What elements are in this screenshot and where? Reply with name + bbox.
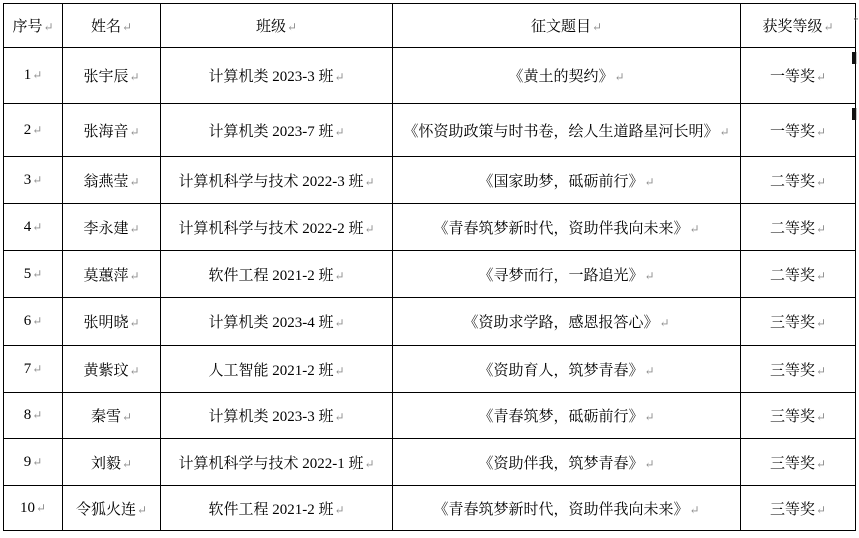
cell-text: 张明晓 — [83, 315, 128, 331]
cell-award[interactable]: 三等奖↵ — [741, 486, 856, 531]
cell-text: 4 — [24, 219, 32, 235]
cell-title[interactable]: 《青春筑梦新时代，资助伴我向未来》↵ — [393, 204, 741, 251]
cell-text: 一等奖 — [770, 69, 815, 85]
paragraph-mark: ↵ — [334, 410, 344, 424]
cell-no[interactable]: 10↵ — [4, 486, 63, 531]
cell-award[interactable]: 一等奖↵ — [741, 104, 856, 157]
cell-text: 三等奖 — [770, 456, 815, 472]
table-row: 3↵翁燕莹↵计算机科学与技术 2022-3 班↵《国家助梦，砥砺前行》↵二等奖↵ — [4, 157, 856, 204]
cell-text: 三等奖 — [770, 363, 815, 379]
cell-name[interactable]: 刘毅↵ — [63, 439, 161, 486]
cell-no[interactable]: 7↵ — [4, 346, 63, 393]
cell-class[interactable]: 计算机类 2023-3 班↵ — [161, 48, 393, 104]
table-row: 1↵张宇辰↵计算机类 2023-3 班↵《黄土的契约》↵一等奖↵ — [4, 48, 856, 104]
cell-award[interactable]: 三等奖↵ — [741, 393, 856, 439]
paragraph-mark: ↵ — [816, 175, 826, 189]
paragraph-mark: ↵ — [129, 175, 139, 189]
cell-text: 6 — [24, 313, 32, 329]
paragraph-mark: ↵ — [32, 173, 42, 187]
paragraph-mark: ↵ — [32, 68, 42, 82]
cell-name[interactable]: 张明晓↵ — [63, 298, 161, 346]
cell-text: 李永建 — [83, 221, 128, 237]
cell-text: 《青春筑梦，砥砺前行》 — [478, 409, 643, 425]
cell-text: 计算机科学与技术 2022-3 班 — [178, 174, 363, 190]
table-row: 4↵李永建↵计算机科学与技术 2022-2 班↵《青春筑梦新时代，资助伴我向未来… — [4, 204, 856, 251]
cell-name[interactable]: 秦雪↵ — [63, 393, 161, 439]
cell-text: 9 — [24, 454, 32, 470]
paragraph-mark: ↵ — [32, 123, 42, 137]
cell-text: 计算机类 2023-4 班 — [208, 315, 333, 331]
paragraph-mark: ↵ — [32, 220, 42, 234]
table-row: 2↵张海音↵计算机类 2023-7 班↵《怀资助政策与时书卷，绘人生道路星河长明… — [4, 104, 856, 157]
cell-text: 人工智能 2021-2 班 — [208, 363, 333, 379]
paragraph-mark: ↵ — [129, 364, 139, 378]
header-label: 征文题目 — [531, 19, 591, 35]
header-class: 班级↵ — [161, 4, 393, 48]
cell-name[interactable]: 令狐火连↵ — [63, 486, 161, 531]
paragraph-mark: ↵ — [129, 125, 139, 139]
paragraph-mark: ↵ — [334, 364, 344, 378]
paragraph-mark: ↵ — [32, 314, 42, 328]
paragraph-mark: ↵ — [334, 503, 344, 517]
paragraph-mark: ↵ — [334, 70, 344, 84]
cell-award[interactable]: 二等奖↵ — [741, 204, 856, 251]
paragraph-mark: ↵ — [43, 20, 53, 34]
document-page: 序号↵姓名↵班级↵征文题目↵获奖等级↵ 1↵张宇辰↵计算机类 2023-3 班↵… — [0, 0, 859, 538]
cell-text: 5 — [24, 266, 32, 282]
paragraph-mark: ↵ — [364, 175, 374, 189]
award-table: 序号↵姓名↵班级↵征文题目↵获奖等级↵ 1↵张宇辰↵计算机类 2023-3 班↵… — [3, 3, 856, 531]
paragraph-mark: ↵ — [334, 316, 344, 330]
cell-text: 三等奖 — [770, 315, 815, 331]
paragraph-mark: ↵ — [129, 316, 139, 330]
cell-text: 《黄土的契约》 — [508, 69, 613, 85]
table-row: 7↵黄紫玟↵人工智能 2021-2 班↵《资助育人，筑梦青春》↵三等奖↵ — [4, 346, 856, 393]
cell-text: 7 — [24, 361, 32, 377]
paragraph-mark: ↵ — [816, 364, 826, 378]
paragraph-mark: ↵ — [122, 20, 132, 34]
cell-title[interactable]: 《资助求学路，感恩报答心》↵ — [393, 298, 741, 346]
paragraph-mark: ↵ — [32, 362, 42, 376]
cell-class[interactable]: 计算机科学与技术 2022-3 班↵ — [161, 157, 393, 204]
cell-no[interactable]: 6↵ — [4, 298, 63, 346]
end-of-row-mark: ▌ — [852, 52, 858, 64]
cell-no[interactable]: 4↵ — [4, 204, 63, 251]
header-label: 获奖等级 — [762, 19, 822, 35]
cell-text: 二等奖 — [770, 174, 815, 190]
cell-name[interactable]: 翁燕莹↵ — [63, 157, 161, 204]
cell-text: 2 — [24, 122, 32, 138]
cell-text: 计算机科学与技术 2022-2 班 — [178, 221, 363, 237]
paragraph-mark: ↵ — [364, 457, 374, 471]
table-header-row: 序号↵姓名↵班级↵征文题目↵获奖等级↵ — [4, 4, 856, 48]
table-body: 1↵张宇辰↵计算机类 2023-3 班↵《黄土的契约》↵一等奖↵2↵张海音↵计算… — [4, 48, 856, 531]
table-row: 6↵张明晓↵计算机类 2023-4 班↵《资助求学路，感恩报答心》↵三等奖↵ — [4, 298, 856, 346]
cell-no[interactable]: 9↵ — [4, 439, 63, 486]
cell-text: 一等奖 — [770, 124, 815, 140]
cell-text: 计算机科学与技术 2022-1 班 — [178, 456, 363, 472]
cell-text: 莫蕙萍 — [83, 268, 128, 284]
cell-award[interactable]: 三等奖↵ — [741, 439, 856, 486]
cell-text: 3 — [24, 172, 32, 188]
paragraph-mark: ↵ — [364, 222, 374, 236]
paragraph-mark: ↵ — [129, 269, 139, 283]
cell-title[interactable]: 《怀资助政策与时书卷，绘人生道路星河长明》↵ — [393, 104, 741, 157]
cell-text: 软件工程 2021-2 班 — [208, 268, 333, 284]
paragraph-mark: ↵ — [122, 457, 132, 471]
paragraph-mark: ↵ — [32, 267, 42, 281]
cell-award[interactable]: 一等奖↵ — [741, 48, 856, 104]
paragraph-mark: ↵ — [644, 457, 654, 471]
cell-no[interactable]: 8↵ — [4, 393, 63, 439]
cell-text: 《资助求学路，感恩报答心》 — [463, 315, 658, 331]
cell-name[interactable]: 张宇辰↵ — [63, 48, 161, 104]
cell-text: 《青春筑梦新时代，资助伴我向未来》 — [433, 502, 688, 518]
paragraph-mark: ↵ — [816, 125, 826, 139]
cell-text: 1 — [24, 67, 32, 83]
paragraph-mark: ↵ — [816, 269, 826, 283]
cell-name[interactable]: 黄紫玟↵ — [63, 346, 161, 393]
cell-text: 令狐火连 — [76, 502, 136, 518]
paragraph-mark: ↵ — [816, 410, 826, 424]
cell-name[interactable]: 张海音↵ — [63, 104, 161, 157]
table-row: 10↵令狐火连↵软件工程 2021-2 班↵《青春筑梦新时代，资助伴我向未来》↵… — [4, 486, 856, 531]
cell-title[interactable]: 《青春筑梦新时代，资助伴我向未来》↵ — [393, 486, 741, 531]
table-row: 5↵莫蕙萍↵软件工程 2021-2 班↵《寻梦而行，一路追光》↵二等奖↵ — [4, 251, 856, 298]
cell-text: 计算机类 2023-7 班 — [208, 124, 333, 140]
cell-class[interactable]: 软件工程 2021-2 班↵ — [161, 251, 393, 298]
paragraph-mark: ↵ — [122, 410, 132, 424]
cell-text: 三等奖 — [770, 409, 815, 425]
paragraph-mark: ↵ — [689, 222, 699, 236]
paragraph-mark: ↵ — [36, 501, 46, 515]
cell-award[interactable]: 三等奖↵ — [741, 346, 856, 393]
cell-text: 翁燕莹 — [83, 174, 128, 190]
paragraph-mark: ↵ — [644, 410, 654, 424]
end-of-row-mark: ▌ — [852, 108, 858, 120]
paragraph-mark: ↵ — [129, 222, 139, 236]
cell-title[interactable]: 《资助伴我，筑梦青春》↵ — [393, 439, 741, 486]
cell-text: 软件工程 2021-2 班 — [208, 502, 333, 518]
cell-name[interactable]: 莫蕙萍↵ — [63, 251, 161, 298]
paragraph-mark: ↵ — [659, 316, 669, 330]
cell-text: 张海音 — [83, 124, 128, 140]
cell-text: 《青春筑梦新时代，资助伴我向未来》 — [433, 221, 688, 237]
cell-text: 《资助育人，筑梦青春》 — [478, 363, 643, 379]
cell-no[interactable]: 2↵ — [4, 104, 63, 157]
cell-class[interactable]: 计算机类 2023-7 班↵ — [161, 104, 393, 157]
cell-no[interactable]: 3↵ — [4, 157, 63, 204]
cell-text: 10 — [20, 500, 35, 516]
header-title: 征文题目↵ — [393, 4, 741, 48]
cell-text: 《寻梦而行，一路追光》 — [478, 268, 643, 284]
paragraph-mark: ↵ — [689, 503, 699, 517]
header-no: 序号↵ — [4, 4, 63, 48]
cell-title[interactable]: 《黄土的契约》↵ — [393, 48, 741, 104]
paragraph-mark: ↵ — [816, 70, 826, 84]
paragraph-mark: ↵ — [816, 222, 826, 236]
cell-class[interactable]: 计算机类 2023-4 班↵ — [161, 298, 393, 346]
cell-name[interactable]: 李永建↵ — [63, 204, 161, 251]
cell-class[interactable]: 计算机类 2023-3 班↵ — [161, 393, 393, 439]
paragraph-mark: ↵ — [823, 20, 833, 34]
paragraph-mark: ↵ — [129, 70, 139, 84]
cell-text: 刘毅 — [91, 456, 121, 472]
cell-award[interactable]: 二等奖↵ — [741, 157, 856, 204]
header-label: 班级 — [256, 19, 286, 35]
cell-award[interactable]: 二等奖↵ — [741, 251, 856, 298]
paragraph-mark: ↵ — [334, 125, 344, 139]
cell-text: 《国家助梦，砥砺前行》 — [478, 174, 643, 190]
cell-class[interactable]: 计算机科学与技术 2022-2 班↵ — [161, 204, 393, 251]
cell-no[interactable]: 1↵ — [4, 48, 63, 104]
header-name: 姓名↵ — [63, 4, 161, 48]
header-label: 姓名 — [91, 19, 121, 35]
paragraph-mark: ↵ — [287, 20, 297, 34]
cell-title[interactable]: 《青春筑梦，砥砺前行》↵ — [393, 393, 741, 439]
cell-text: 三等奖 — [770, 502, 815, 518]
cell-text: 二等奖 — [770, 221, 815, 237]
paragraph-mark: ↵ — [644, 269, 654, 283]
cell-award[interactable]: 三等奖↵ — [741, 298, 856, 346]
paragraph-mark: ↵ — [137, 503, 147, 517]
cell-text: 《怀资助政策与时书卷，绘人生道路星河长明》 — [403, 124, 718, 140]
cell-class[interactable]: 软件工程 2021-2 班↵ — [161, 486, 393, 531]
cell-text: 计算机类 2023-3 班 — [208, 69, 333, 85]
table-row: 9↵刘毅↵计算机科学与技术 2022-1 班↵《资助伴我，筑梦青春》↵三等奖↵ — [4, 439, 856, 486]
cell-title[interactable]: 《资助育人，筑梦青春》↵ — [393, 346, 741, 393]
paragraph-mark: ↵ — [32, 455, 42, 469]
paragraph-mark: ↵ — [592, 20, 602, 34]
end-of-row-mark: ↵ — [852, 12, 858, 24]
cell-text: 黄紫玟 — [83, 363, 128, 379]
cell-no[interactable]: 5↵ — [4, 251, 63, 298]
cell-text: 二等奖 — [770, 268, 815, 284]
paragraph-mark: ↵ — [816, 503, 826, 517]
header-label: 序号 — [12, 19, 42, 35]
cell-class[interactable]: 计算机科学与技术 2022-1 班↵ — [161, 439, 393, 486]
table-row: 8↵秦雪↵计算机类 2023-3 班↵《青春筑梦，砥砺前行》↵三等奖↵ — [4, 393, 856, 439]
paragraph-mark: ↵ — [816, 457, 826, 471]
paragraph-mark: ↵ — [816, 316, 826, 330]
header-award: 获奖等级↵ — [741, 4, 856, 48]
cell-text: 8 — [24, 407, 32, 423]
cell-class[interactable]: 人工智能 2021-2 班↵ — [161, 346, 393, 393]
paragraph-mark: ↵ — [334, 269, 344, 283]
paragraph-mark: ↵ — [719, 125, 729, 139]
paragraph-mark: ↵ — [644, 175, 654, 189]
cell-title[interactable]: 《国家助梦，砥砺前行》↵ — [393, 157, 741, 204]
cell-title[interactable]: 《寻梦而行，一路追光》↵ — [393, 251, 741, 298]
cell-text: 秦雪 — [91, 409, 121, 425]
cell-text: 《资助伴我，筑梦青春》 — [478, 456, 643, 472]
paragraph-mark: ↵ — [644, 364, 654, 378]
cell-text: 计算机类 2023-3 班 — [208, 409, 333, 425]
paragraph-mark: ↵ — [614, 70, 624, 84]
cell-text: 张宇辰 — [83, 69, 128, 85]
paragraph-mark: ↵ — [32, 408, 42, 422]
